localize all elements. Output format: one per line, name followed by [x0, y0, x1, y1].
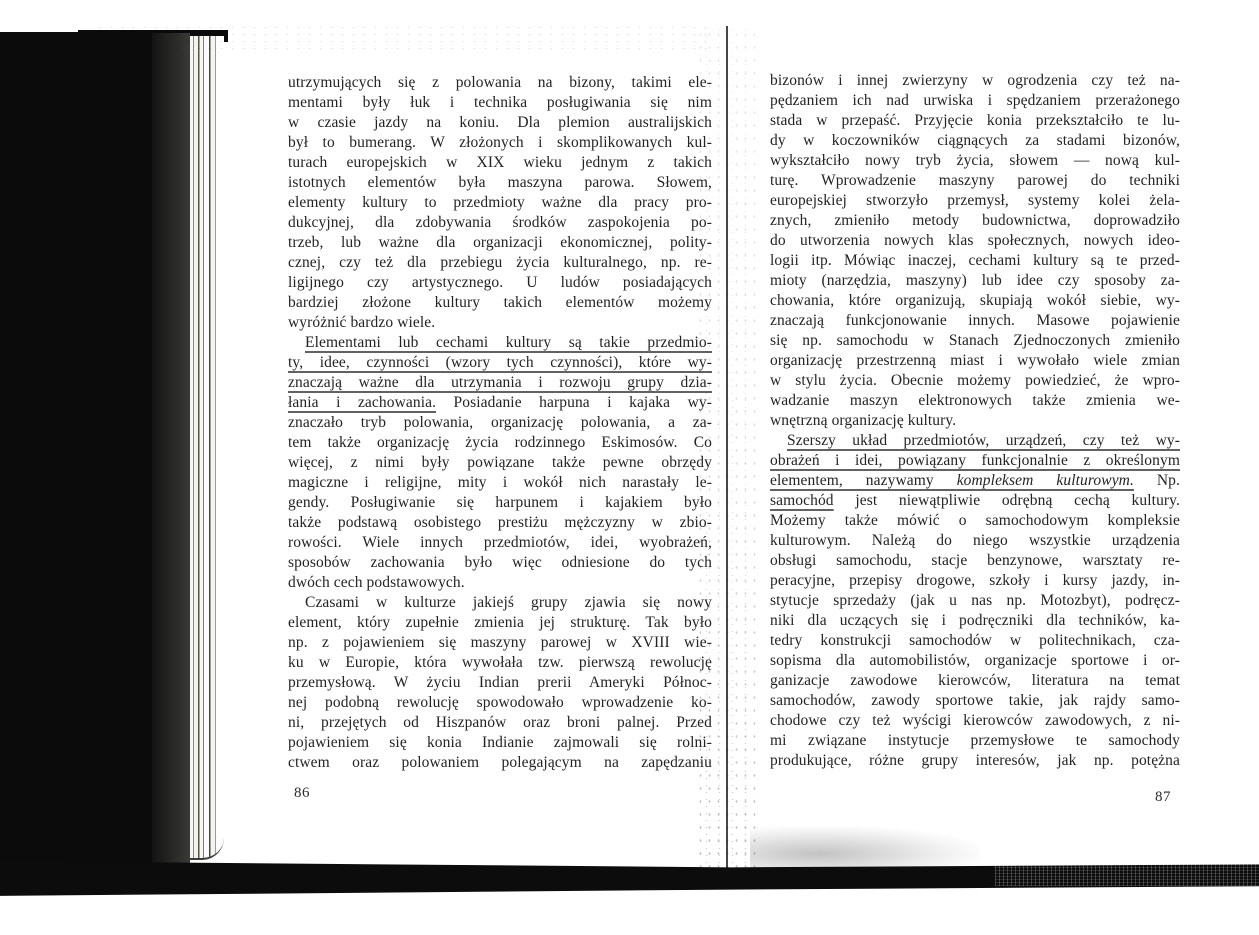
text-line: sopisma dla automobilistów, organizacje … — [770, 651, 1180, 671]
text-segment: obsługi samochodu, stacje benzynowe, war… — [770, 552, 1180, 569]
text-line: w czasie jazdy na koniu. Dla plemion aus… — [288, 113, 712, 133]
text-segment: tem także organizację życia rodzinnego E… — [288, 434, 712, 451]
text-line: przemysłową. W życiu Indian prerii Amery… — [288, 673, 712, 693]
text-segment: Czasami w kulturze jakiejś grupy zjawia … — [305, 594, 712, 611]
book-scan: { "document": { "type": "scanned-book-sp… — [0, 0, 1259, 935]
text-segment: ligijnego czy artystycznego. U ludów pos… — [288, 274, 712, 291]
text-line: niki dla uczących się i podręczniki dla … — [770, 611, 1180, 631]
text-line: mi związane instytucje przemysłowe te sa… — [770, 731, 1180, 751]
text-segment: kulturowym. Należą do niego wszystkie ur… — [770, 532, 1180, 549]
text-line: chowania, które organizują, skupiają wok… — [770, 291, 1180, 311]
text-line: wyróżnić bardzo wiele. — [288, 313, 712, 333]
text-segment: wnętrzną organizację kultury. — [770, 412, 956, 429]
text-segment: sopisma dla automobilistów, organizacje … — [770, 652, 1180, 669]
text-line: nej podobną rewolucję spowodowało wprowa… — [288, 693, 712, 713]
text-line: pojawieniem się konia Indianie zajmowali… — [288, 733, 712, 753]
text-segment: wyróżnić bardzo wiele. — [288, 314, 435, 331]
text-segment: obrażeń i idei, powiązany funkcjonalnie … — [770, 452, 1180, 469]
text-line: wykształciło nowy tryb życia, słowem — n… — [770, 151, 1180, 171]
text-segment: wadzanie maszyn elektronowych także zmie… — [770, 392, 1180, 409]
text-segment: mioty (narzędzia, maszyny) lub idee czy … — [770, 272, 1180, 289]
pencil-underlined-text: łania i zachowania. — [288, 394, 436, 411]
text-line: europejskiej stworzyło przemysł, systemy… — [770, 191, 1180, 211]
text-line: się np. samochodu w Stanach Zjednoczonyc… — [770, 331, 1180, 351]
text-line: gendy. Posługiwanie się harpunem i kajak… — [288, 493, 712, 513]
text-segment: się np. samochodu w Stanach Zjednoczonyc… — [770, 332, 1180, 349]
text-segment: stada w przepaść. Przyjęcie konia przeks… — [770, 112, 1180, 129]
text-line: ganizacje zawodowe kierowców, literatura… — [770, 671, 1180, 691]
book-gutter-line — [726, 26, 728, 882]
text-segment: dukcyjnej, dla zdobywania środków zaspok… — [288, 214, 712, 231]
text-segment: ku w Europie, która wywołała tzw. pierws… — [288, 654, 712, 671]
text-segment: istotnych elementów była maszyna parowa.… — [288, 174, 712, 191]
text-line: ty, idee, czynności (wzory tych czynnośc… — [288, 353, 712, 373]
scan-border-left-gray — [152, 33, 190, 873]
text-segment: organizację przestrzenną miast i wywołał… — [770, 352, 1180, 369]
text-segment: wykształciło nowy tryb życia, słowem — n… — [770, 152, 1180, 169]
text-line: sposobów zachowania było więc odniesione… — [288, 553, 712, 573]
text-line: tem także organizację życia rodzinnego E… — [288, 433, 712, 453]
book-cover-texture — [995, 860, 1259, 886]
text-segment: tedry konstrukcji samochodów w politechn… — [770, 632, 1180, 649]
right-page-number: 87 — [1155, 789, 1171, 806]
text-line: produkujące, różne grupy interesów, jak … — [770, 751, 1180, 771]
text-line: stytucje sprzedaży (jak u nas np. Motozb… — [770, 591, 1180, 611]
text-segment: magiczne i religijne, mity i wokół nich … — [288, 474, 712, 491]
text-line: znych, zmieniło metody budownictwa, dopr… — [770, 211, 1180, 231]
text-line: wadzanie maszyn elektronowych także zmie… — [770, 391, 1180, 411]
text-line: rowości. Wiele innych przedmiotów, idei,… — [288, 533, 712, 553]
text-segment: w czasie jazdy na koniu. Dla plemion aus… — [288, 114, 712, 131]
text-segment: bardziej złożone kultury takich elementó… — [288, 294, 712, 311]
text-segment: znaczają funkcjonowanie innych. Masowe p… — [770, 312, 1180, 329]
text-line: samochodów, zawody sportowe takie, jak r… — [770, 691, 1180, 711]
text-segment: bizonów i innej zwierzyny w ogrodzenia c… — [770, 72, 1180, 89]
text-segment: produkujące, różne grupy interesów, jak … — [770, 752, 1180, 769]
text-line: np. z pojawieniem się maszyny parowej w … — [288, 633, 712, 653]
text-line: wnętrzną organizację kultury. — [770, 411, 1180, 431]
text-segment: Np. — [1134, 472, 1180, 489]
text-segment: cznej, czy też dla przebiegu życia kultu… — [288, 254, 712, 271]
text-segment: ctwem oraz polowaniem polegającym na zap… — [288, 754, 712, 771]
text-segment: gendy. Posługiwanie się harpunem i kajak… — [288, 494, 712, 511]
text-line: Czasami w kulturze jakiejś grupy zjawia … — [288, 593, 712, 613]
text-segment: turach europejskich w XIX wieku jednym z… — [288, 154, 712, 171]
text-segment: elementy kultury to przedmioty ważne dla… — [288, 194, 712, 211]
text-line: dy w koczowników ciągnących za stadami b… — [770, 131, 1180, 151]
text-segment: samochodów, zawody sportowe takie, jak r… — [770, 692, 1180, 709]
text-segment: więcej, z nimi były powiązane także pewn… — [288, 454, 712, 471]
text-segment: Posiadanie harpuna i kajaka wy- — [436, 394, 712, 411]
text-segment: nej podobną rewolucję spowodowało wprowa… — [288, 694, 712, 711]
text-line: obrażeń i idei, powiązany funkcjonalnie … — [770, 451, 1180, 471]
left-page-text-column: utrzymujących się z polowania na bizony,… — [288, 73, 712, 773]
text-line: mentami były łuk i technika posługiwania… — [288, 93, 712, 113]
text-line: istotnych elementów była maszyna parowa.… — [288, 173, 712, 193]
stacked-page-edges — [190, 36, 224, 860]
text-segment: sposobów zachowania było więc odniesione… — [288, 554, 712, 571]
right-page-text-column: bizonów i innej zwierzyny w ogrodzenia c… — [770, 71, 1180, 771]
text-segment: dy w koczowników ciągnących za stadami b… — [770, 132, 1180, 149]
text-segment: utrzymujących się z polowania na bizony,… — [288, 74, 712, 91]
text-line: w stylu życia. Obecnie możemy powiedzieć… — [770, 371, 1180, 391]
text-segment: niki dla uczących się i podręczniki dla … — [770, 612, 1180, 629]
text-segment: jest niewątpliwie odrębną cechą kultury. — [834, 492, 1180, 509]
text-line: obsługi samochodu, stacje benzynowe, war… — [770, 551, 1180, 571]
text-line: chodowe czy też wyścigi kierowców zawodo… — [770, 711, 1180, 731]
pencil-underlined-text: elementem, nazywamy — [770, 472, 957, 489]
text-line: stada w przepaść. Przyjęcie konia przeks… — [770, 111, 1180, 131]
text-segment: w stylu życia. Obecnie możemy powiedzieć… — [770, 372, 1180, 389]
text-line: Szerszy układ przedmiotów, urządzeń, czy… — [770, 431, 1180, 451]
text-line: dwóch cech podstawowych. — [288, 573, 712, 593]
text-segment: Szerszy układ przedmiotów, urządzeń, czy… — [787, 432, 1180, 449]
left-page-number: 86 — [294, 785, 310, 802]
text-segment: ganizacje zawodowe kierowców, literatura… — [770, 672, 1180, 689]
text-segment: pojawieniem się konia Indianie zajmowali… — [288, 734, 712, 751]
text-segment: był to bumerang. W złożonych i skompliko… — [288, 134, 712, 151]
text-line: ni, przejętych od Hiszpanów oraz broni p… — [288, 713, 712, 733]
text-segment: chowania, które organizują, skupiają wok… — [770, 292, 1180, 309]
text-segment: Możemy także mówić o samochodowym komple… — [770, 512, 1180, 529]
text-line: element, który zupełnie zmienia jej stru… — [288, 613, 712, 633]
text-segment: rowości. Wiele innych przedmiotów, idei,… — [288, 534, 712, 551]
text-line: tedry konstrukcji samochodów w politechn… — [770, 631, 1180, 651]
text-line: mioty (narzędzia, maszyny) lub idee czy … — [770, 271, 1180, 291]
text-line: ctwem oraz polowaniem polegającym na zap… — [288, 753, 712, 773]
text-line: był to bumerang. W złożonych i skompliko… — [288, 133, 712, 153]
text-segment: znaczało tryb polowania, organizację pol… — [288, 414, 712, 431]
text-line: logii itp. Mówiąc inaczej, cechami kultu… — [770, 251, 1180, 271]
text-segment: pędzaniem ich nad urwiska i spędzaniem p… — [770, 92, 1180, 109]
text-line: elementem, nazywamy kompleksem kulturowy… — [770, 471, 1180, 491]
pencil-underlined-text: kompleksem kulturowym. — [957, 472, 1134, 489]
text-line: magiczne i religijne, mity i wokół nich … — [288, 473, 712, 493]
pencil-underlined-text: samochód — [770, 492, 834, 509]
text-segment: przemysłową. W życiu Indian prerii Amery… — [288, 674, 712, 691]
text-line: elementy kultury to przedmioty ważne dla… — [288, 193, 712, 213]
text-line: łania i zachowania. Posiadanie harpuna i… — [288, 393, 712, 413]
text-line: do utworzenia nowych klas społecznych, n… — [770, 231, 1180, 251]
text-segment: peracyjne, przepisy drogowe, szkoły i ku… — [770, 572, 1180, 589]
text-segment: znaczają ważne dla utrzymania i rozwoju … — [288, 374, 712, 391]
text-line: kulturowym. Należą do niego wszystkie ur… — [770, 531, 1180, 551]
text-line: organizację przestrzenną miast i wywołał… — [770, 351, 1180, 371]
text-line: Możemy także mówić o samochodowym komple… — [770, 511, 1180, 531]
text-line: także podstawą osobistego prestiżu mężcz… — [288, 513, 712, 533]
text-line: ku w Europie, która wywołała tzw. pierws… — [288, 653, 712, 673]
scan-noise-top — [95, 24, 715, 50]
text-line: znaczało tryb polowania, organizację pol… — [288, 413, 712, 433]
text-line: ligijnego czy artystycznego. U ludów pos… — [288, 273, 712, 293]
text-segment: dwóch cech podstawowych. — [288, 574, 465, 591]
text-line: znaczają funkcjonowanie innych. Masowe p… — [770, 311, 1180, 331]
text-line: turę. Wprowadzenie maszyny parowej do te… — [770, 171, 1180, 191]
text-segment: trzeb, lub ważne dla organizacji ekonomi… — [288, 234, 712, 251]
text-segment: mentami były łuk i technika posługiwania… — [288, 94, 712, 111]
text-segment: chodowe czy też wyścigi kierowców zawodo… — [770, 712, 1180, 729]
gutter-bottom-shadow — [750, 826, 980, 872]
text-segment: znych, zmieniło metody budownictwa, dopr… — [770, 212, 1180, 229]
text-segment: turę. Wprowadzenie maszyny parowej do te… — [770, 172, 1180, 189]
text-segment: Elementami lub cechami kultury są takie … — [305, 334, 712, 351]
text-line: peracyjne, przepisy drogowe, szkoły i ku… — [770, 571, 1180, 591]
text-line: znaczają ważne dla utrzymania i rozwoju … — [288, 373, 712, 393]
text-line: cznej, czy też dla przebiegu życia kultu… — [288, 253, 712, 273]
text-line: trzeb, lub ważne dla organizacji ekonomi… — [288, 233, 712, 253]
text-line: utrzymujących się z polowania na bizony,… — [288, 73, 712, 93]
text-line: bardziej złożone kultury takich elementó… — [288, 293, 712, 313]
text-segment: np. z pojawieniem się maszyny parowej w … — [288, 634, 712, 651]
text-segment: ni, przejętych od Hiszpanów oraz broni p… — [288, 714, 712, 731]
text-segment: ty, idee, czynności (wzory tych czynnośc… — [288, 354, 712, 371]
text-segment: europejskiej stworzyło przemysł, systemy… — [770, 192, 1180, 209]
text-line: samochód jest niewątpliwie odrębną cechą… — [770, 491, 1180, 511]
text-segment: mi związane instytucje przemysłowe te sa… — [770, 732, 1180, 749]
text-line: pędzaniem ich nad urwiska i spędzaniem p… — [770, 91, 1180, 111]
text-line: Elementami lub cechami kultury są takie … — [288, 333, 712, 353]
text-line: turach europejskich w XIX wieku jednym z… — [288, 153, 712, 173]
text-segment: do utworzenia nowych klas społecznych, n… — [770, 232, 1180, 249]
scan-border-left-black — [0, 32, 152, 877]
text-segment: element, który zupełnie zmienia jej stru… — [288, 614, 712, 631]
text-segment: logii itp. Mówiąc inaczej, cechami kultu… — [770, 252, 1180, 269]
text-line: bizonów i innej zwierzyny w ogrodzenia c… — [770, 71, 1180, 91]
text-line: dukcyjnej, dla zdobywania środków zaspok… — [288, 213, 712, 233]
text-segment: stytucje sprzedaży (jak u nas np. Motozb… — [770, 592, 1180, 609]
text-line: więcej, z nimi były powiązane także pewn… — [288, 453, 712, 473]
text-segment: także podstawą osobistego prestiżu mężcz… — [288, 514, 712, 531]
